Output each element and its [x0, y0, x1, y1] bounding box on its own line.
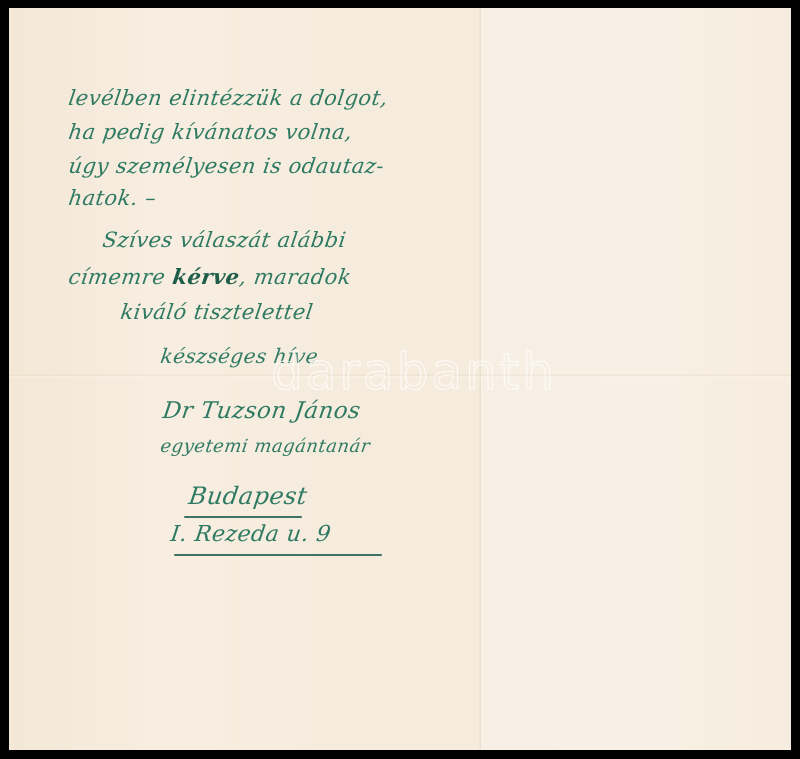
- street-underline: [174, 554, 382, 556]
- city-underline: [184, 516, 302, 518]
- signature-name: Dr Tuzson János: [161, 398, 362, 424]
- letter-page: levélben elintézzük a dolgot, ha pedig k…: [9, 8, 791, 750]
- address-street: I. Rezeda u. 9: [169, 522, 333, 547]
- letter-line-6-start: címemre: [67, 265, 167, 289]
- signature-title: egyetemi magántanár: [159, 436, 371, 457]
- letter-line-7: kiváló tisztelettel: [119, 300, 315, 324]
- letter-line-5: Szíves válaszát alábbi: [101, 228, 348, 252]
- letter-line-3: úgy személyesen is odautaz-: [67, 154, 386, 178]
- watermark-text: darabanth: [271, 343, 557, 401]
- letter-line-1: levélben elintézzük a dolgot,: [67, 86, 390, 110]
- address-city: Budapest: [187, 482, 309, 510]
- emphasized-word: kérve: [171, 264, 242, 289]
- letter-line-6-end: , maradok: [238, 265, 353, 289]
- letter-line-6: címemre kérve, maradok: [67, 264, 353, 289]
- letter-line-2: ha pedig kívánatos volna,: [67, 120, 354, 144]
- letter-line-4: hatok. –: [67, 186, 158, 210]
